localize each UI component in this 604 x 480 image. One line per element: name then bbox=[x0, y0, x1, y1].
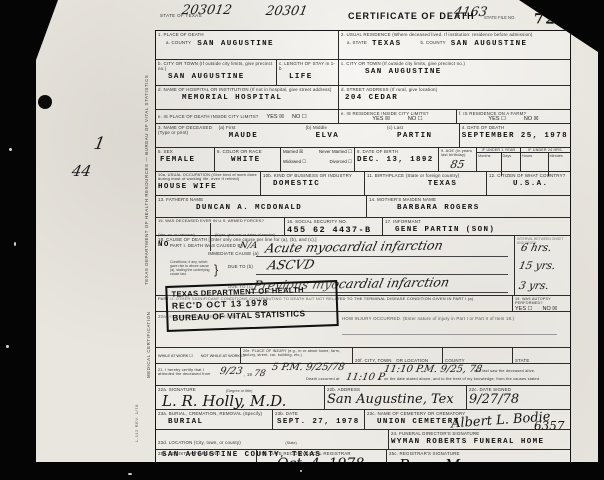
registrar-file-no-label: 25a. REGISTRAR'S FILE NO. bbox=[158, 451, 254, 456]
death-city-value: SAN AUGUSTINE bbox=[168, 73, 274, 81]
mother-name-cell: 14. MOTHER'S MAIDEN NAME BARBARA ROGERS bbox=[366, 196, 570, 217]
certify-to-datetime: 5 P.M. 9/25/78 bbox=[271, 362, 346, 373]
father-name-label: 13. FATHER'S NAME bbox=[158, 197, 364, 202]
citizen-label: 12. CITIZEN OF WHAT COUNTRY? bbox=[489, 173, 568, 178]
if-under-24-hrs-cell: IF UNDER 24 HRS. Hours Minutes bbox=[520, 148, 570, 171]
injury-state-cell: STATE bbox=[512, 348, 570, 363]
race-cell: 6. COLOR OR RACE WHITE bbox=[214, 148, 280, 171]
marital-never: Never Married ☐ bbox=[319, 149, 352, 155]
occupation-label: 10a. USUAL OCCUPATION (Give kind of work… bbox=[158, 173, 258, 182]
row-6: 5. SEX FEMALE 6. COLOR OR RACE WHITE Mar… bbox=[156, 147, 570, 171]
length-of-stay-label: c. LENGTH OF STAY in 1-b bbox=[279, 61, 336, 71]
street-address-value: 204 CEDAR bbox=[345, 94, 568, 102]
age-value: 85 bbox=[440, 158, 475, 171]
if-under-1-year-cell: IF UNDER 1 YEAR Months Days bbox=[476, 148, 520, 171]
physician-signature-value: L. R. Holly, M.D. bbox=[162, 392, 322, 410]
handwritten-number-2: 20301 bbox=[265, 4, 309, 19]
state-file-no-label: STATE FILE NO. bbox=[484, 15, 516, 20]
occupation-value: HOUSE WIFE bbox=[158, 183, 258, 191]
punch-hole bbox=[38, 95, 52, 109]
margin-handwritten-mark-2: 44 bbox=[70, 162, 92, 180]
burial-date-cell: 23b. DATE SEPT. 27, 1978 bbox=[272, 410, 364, 429]
registrar-date-cell: 25b. DATE REC'D BY LOCAL REGISTRAR Oct. … bbox=[256, 450, 386, 467]
age-cell: 9. AGE (In years last birthday) 85 bbox=[438, 148, 476, 171]
registrar-signature-cell: 25c. REGISTRAR'S SIGNATURE Perry Murray bbox=[386, 450, 570, 467]
certify-text-2: and last saw the deceased alive. bbox=[474, 369, 544, 373]
date-of-birth-value: DEC. 13, 1892 bbox=[357, 156, 436, 164]
death-city-cell: b. CITY OR TOWN (If outside city limits,… bbox=[156, 60, 276, 85]
margin-medical-certification-text: MEDICAL CERTIFICATION bbox=[146, 288, 151, 378]
row-18-registrar: 25a. REGISTRAR'S FILE NO. 25b. DATE REC'… bbox=[156, 449, 570, 467]
autopsy-cell: 19. WAS AUTOPSY PERFORMED? YES ☐ NO ☒ bbox=[512, 296, 570, 311]
row-3: d. NAME OF HOSPITAL OR INSTITUTION (If n… bbox=[156, 85, 570, 109]
industry-value: DOMESTIC bbox=[273, 180, 362, 188]
row-8: 13. FATHER'S NAME DUNCAN A. MCDONALD 14.… bbox=[156, 195, 570, 217]
length-of-stay-value: LIFE bbox=[289, 73, 336, 81]
funeral-director-license-number: 6357 bbox=[534, 419, 565, 433]
residence-inside-city-no: NO ☐ bbox=[408, 116, 423, 122]
certification-cell: 21. I hereby certify that I attended the… bbox=[156, 364, 570, 385]
race-value: WHITE bbox=[231, 156, 278, 164]
marital-divorced: Divorced ☐ bbox=[330, 159, 352, 165]
ssn-label: 16. SOCIAL SECURITY NO. bbox=[287, 219, 380, 224]
sex-label: 5. SEX bbox=[158, 149, 212, 154]
death-inside-city-cell: e. IS PLACE OF DEATH INSIDE CITY LIMITS?… bbox=[156, 110, 338, 123]
last-name-value: PARTIN bbox=[397, 132, 457, 140]
death-inside-city-label: e. IS PLACE OF DEATH INSIDE CITY LIMITS? bbox=[158, 114, 259, 119]
certificate-form: 1. PLACE OF DEATH a. COUNTY SAN AUGUSTIN… bbox=[155, 30, 571, 468]
marital-status-cell: Married ☒Never Married ☐ Widowed ☐Divorc… bbox=[280, 148, 354, 171]
county-value: SAN AUGUSTINE bbox=[197, 40, 274, 48]
informant-label: 17. INFORMANT bbox=[385, 219, 568, 224]
residence-state-value: TEXAS bbox=[372, 40, 402, 48]
row-4: e. IS PLACE OF DEATH INSIDE CITY LIMITS?… bbox=[156, 109, 570, 123]
death-inside-city-no: NO ☐ bbox=[292, 114, 307, 120]
state-file-number-stamp: 72377 bbox=[534, 11, 591, 28]
industry-label: 10b. KIND OF BUSINESS OR INDUSTRY bbox=[263, 173, 362, 178]
row-2: b. CITY OR TOWN (If outside city limits,… bbox=[156, 59, 570, 85]
birthplace-cell: 11. BIRTHPLACE (State or foreign country… bbox=[364, 172, 486, 195]
street-address-cell: d. STREET ADDRESS (If rural, give locati… bbox=[338, 86, 570, 109]
hospital-value: MEMORIAL HOSPITAL bbox=[182, 94, 336, 102]
funeral-home-value: WYMAN ROBERTS FUNERAL HOME bbox=[391, 438, 568, 446]
residence-city-cell: c. CITY OR TOWN (If outside city limits,… bbox=[338, 60, 570, 85]
citizen-value: U.S.A. bbox=[513, 180, 568, 188]
cause-a-value: Acute myocardial infarction bbox=[264, 237, 445, 255]
row-1: 1. PLACE OF DEATH a. COUNTY SAN AUGUSTIN… bbox=[156, 31, 570, 59]
date-signed-cell: 22c. DATE SIGNED 9/27/78 bbox=[466, 386, 570, 409]
death-inside-city-yes: YES ☒ bbox=[267, 114, 284, 120]
margin-agency-text: TEXAS DEPARTMENT OF HEALTH RESOURCES — B… bbox=[144, 60, 149, 285]
name-of-deceased-label: 3. NAME OF DECEASED (Type or print) bbox=[158, 125, 215, 135]
industry-cell: 10b. KIND OF BUSINESS OR INDUSTRY DOMEST… bbox=[260, 172, 364, 195]
first-name-value: MAUDE bbox=[229, 132, 302, 140]
middle-name-value: ELVA bbox=[316, 132, 383, 140]
residence-county-value: SAN AUGUSTINE bbox=[451, 40, 528, 48]
race-label: 6. COLOR OR RACE bbox=[217, 149, 278, 154]
sex-value: FEMALE bbox=[160, 156, 212, 164]
immediate-cause-label: IMMEDIATE CAUSE (a) bbox=[208, 251, 259, 256]
last-name-cell: (c) Last PARTIN bbox=[385, 124, 459, 147]
burial-location-label: 23d. LOCATION (City, town, or county) bbox=[158, 440, 241, 445]
burial-location-cell: 23d. LOCATION (City, town, or county) (S… bbox=[156, 430, 388, 449]
citizen-cell: 12. CITIZEN OF WHAT COUNTRY? U.S.A. bbox=[486, 172, 570, 195]
first-name-cell: (a) First MAUDE bbox=[217, 124, 304, 147]
residence-state-label: a. STATE bbox=[347, 40, 367, 48]
residence-inside-city-yes: YES ☒ bbox=[372, 116, 389, 122]
degree-or-title-label: (Degree or title) bbox=[226, 389, 252, 393]
autopsy-label: 19. WAS AUTOPSY PERFORMED? bbox=[515, 297, 568, 306]
row-15-signature: 22a. SIGNATURE L. R. Holly, M.D. (Degree… bbox=[156, 385, 570, 409]
certify-from-date: 9/23 bbox=[219, 366, 243, 377]
physician-address-value: San Augustine, Tex bbox=[327, 392, 464, 407]
residence-farm-no: NO ☒ bbox=[524, 116, 539, 122]
scan-speck bbox=[14, 242, 16, 246]
row-17-location: 23d. LOCATION (City, town, or county) (S… bbox=[156, 429, 570, 449]
received-stamp: TEXAS DEPARTMENT OF HEALTH REC'D OCT 13 … bbox=[165, 280, 339, 332]
handwritten-number-1: 203012 bbox=[181, 3, 233, 18]
ssn-value: 455 62 4437-B bbox=[287, 225, 380, 235]
certify-year-frag: , 19 bbox=[244, 372, 252, 377]
burial-location-state-sub: (State) bbox=[285, 441, 296, 445]
while-at-work-checkbox: WHILE AT WORK ☐ bbox=[158, 353, 193, 358]
date-signed-value: 9/27/78 bbox=[469, 392, 568, 407]
physician-signature-cell: 22a. SIGNATURE L. R. Holly, M.D. (Degree… bbox=[156, 386, 324, 409]
place-of-death-county-cell: 1. PLACE OF DEATH a. COUNTY SAN AUGUSTIN… bbox=[156, 31, 338, 59]
occupation-cell: 10a. USUAL OCCUPATION (Give kind of work… bbox=[156, 172, 260, 195]
hospital-label: d. NAME OF HOSPITAL OR INSTITUTION (If n… bbox=[158, 87, 336, 92]
middle-name-cell: (b) Middle ELVA bbox=[304, 124, 385, 147]
birthplace-label: 11. BIRTHPLACE (State or foreign country… bbox=[367, 173, 484, 178]
conditions-brace: } bbox=[214, 262, 218, 277]
street-address-label: d. STREET ADDRESS (If rural, give locati… bbox=[341, 87, 568, 92]
interval-c-value: 3 yrs. bbox=[518, 280, 550, 292]
margin-form-code: L-112 REV. 1/78 bbox=[134, 382, 139, 442]
place-of-injury-label: 20e. PLACE OF INJURY (e.g., in or about … bbox=[243, 349, 350, 357]
while-at-work-cell: WHILE AT WORK ☐ NOT WHILE AT WORK ☐ bbox=[156, 348, 240, 363]
residence-inside-city-cell: e. IS RESIDENCE INSIDE CITY LIMITS? YES … bbox=[338, 110, 456, 123]
row-7: 10a. USUAL OCCUPATION (Give kind of work… bbox=[156, 171, 570, 195]
row-5: 3. NAME OF DECEASED (Type or print) (a) … bbox=[156, 123, 570, 147]
middle-name-label: (b) Middle bbox=[306, 125, 383, 130]
conditions-note: Conditions, if any, which gave rise to a… bbox=[170, 260, 212, 276]
father-name-cell: 13. FATHER'S NAME DUNCAN A. MCDONALD bbox=[156, 196, 366, 217]
armed-forces-cell: 15. WAS DECEASED EVER IN U.S. ARMED FORC… bbox=[156, 218, 284, 235]
burial-label: 23a. BURIAL, CREMATION, REMOVAL (Specify… bbox=[158, 411, 270, 416]
physician-address-cell: 22b. ADDRESS San Augustine, Tex bbox=[324, 386, 466, 409]
informant-cell: 17. INFORMANT GENE PARTIN (SON) bbox=[382, 218, 570, 235]
injury-county-cell: COUNTY bbox=[442, 348, 512, 363]
date-of-birth-cell: 8. DATE OF BIRTH DEC. 13, 1892 bbox=[354, 148, 438, 171]
place-of-death-label: 1. PLACE OF DEATH bbox=[158, 32, 336, 37]
date-of-birth-label: 8. DATE OF BIRTH bbox=[357, 149, 436, 154]
interval-column: INTERVAL BETWEEN ONSET AND DEATH 6 hrs. … bbox=[514, 236, 570, 295]
certify-last-alive-datetime: 11:10 P.M. 9/25, 78 bbox=[383, 364, 483, 375]
father-name-value: DUNCAN A. MCDONALD bbox=[196, 204, 364, 212]
row-14-certification: 21. I hereby certify that I attended the… bbox=[156, 363, 570, 385]
burial-date-label: 23b. DATE bbox=[275, 411, 362, 416]
county-label: a. COUNTY bbox=[166, 40, 191, 48]
residence-city-label: c. CITY OR TOWN (If outside city limits,… bbox=[341, 61, 568, 66]
name-of-deceased-cell: 3. NAME OF DECEASED (Type or print) bbox=[156, 124, 217, 147]
mother-name-label: 14. MOTHER'S MAIDEN NAME bbox=[369, 197, 568, 202]
part1-label: PART I. DEATH WAS CAUSED BY: bbox=[170, 243, 245, 248]
birthplace-value: TEXAS bbox=[401, 180, 484, 188]
not-while-at-work-checkbox: NOT WHILE AT WORK ☐ bbox=[201, 353, 245, 358]
length-of-stay-cell: c. LENGTH OF STAY in 1-b LIFE bbox=[276, 60, 338, 85]
informant-value: GENE PARTIN (SON) bbox=[395, 226, 568, 234]
marital-married: Married ☒ bbox=[283, 149, 303, 155]
certify-year-value: 78 bbox=[253, 369, 266, 379]
cause-b-value: ASCVD bbox=[266, 257, 316, 273]
last-name-label: (c) Last bbox=[387, 125, 457, 130]
place-of-injury-cell: 20e. PLACE OF INJURY (e.g., in or about … bbox=[240, 348, 352, 363]
scan-background: { "header": { "state_label": "STATE OF T… bbox=[0, 0, 604, 480]
certify-text-3: m. on the date stated above, and to the … bbox=[378, 377, 548, 381]
certify-text-1: 21. I hereby certify that I attended the… bbox=[158, 368, 218, 377]
burial-cell: 23a. BURIAL, CREMATION, REMOVAL (Specify… bbox=[156, 410, 272, 429]
how-injury-occurred-label: HOW INJURY OCCURRED. (Enter nature of in… bbox=[342, 316, 552, 321]
residence-farm-cell: f. IS RESIDENCE ON A FARM? YES ☐ NO ☒ bbox=[456, 110, 570, 123]
usual-residence-cell: 2. USUAL RESIDENCE (Where deceased lived… bbox=[338, 31, 570, 59]
row-13: WHILE AT WORK ☐ NOT WHILE AT WORK ☐ 20e.… bbox=[156, 347, 570, 363]
ssn-cell: 16. SOCIAL SECURITY NO. 455 62 4437-B bbox=[284, 218, 382, 235]
margin-handwritten-mark-1: 1 bbox=[92, 134, 106, 154]
scan-speck bbox=[6, 345, 9, 348]
residence-farm-yes: YES ☐ bbox=[488, 116, 505, 122]
stamp-line-3: BUREAU OF VITAL STATISTICS bbox=[172, 308, 332, 323]
registrar-file-no-cell: 25a. REGISTRAR'S FILE NO. bbox=[156, 450, 256, 467]
burial-date-value: SEPT. 27, 1978 bbox=[277, 418, 362, 426]
registrar-date-value: Oct. 4, 1978 bbox=[277, 456, 384, 472]
first-name-label: (a) First bbox=[219, 125, 302, 130]
date-of-death-value: SEPTEMBER 25, 1978 bbox=[462, 132, 568, 140]
residence-county-label: b. COUNTY bbox=[421, 40, 446, 48]
row-9: 15. WAS DECEASED EVER IN U.S. ARMED FORC… bbox=[156, 217, 570, 235]
mother-name-value: BARBARA ROGERS bbox=[397, 204, 568, 212]
interval-a-value: 6 hrs. bbox=[520, 242, 553, 254]
registrar-signature-value: Perry Murray bbox=[399, 456, 568, 474]
sex-cell: 5. SEX FEMALE bbox=[156, 148, 214, 171]
due-to-b-label: DUE TO (b) bbox=[228, 264, 253, 269]
hospital-cell: d. NAME OF HOSPITAL OR INSTITUTION (If n… bbox=[156, 86, 338, 109]
age-label: 9. AGE (In years last birthday) bbox=[441, 149, 474, 158]
death-city-label: b. CITY OR TOWN (If outside city limits,… bbox=[158, 61, 274, 71]
interval-b-value: 15 yrs. bbox=[518, 260, 557, 272]
scan-speck bbox=[9, 148, 12, 151]
marital-widowed: Widowed ☐ bbox=[283, 159, 306, 165]
burial-value: BURIAL bbox=[168, 418, 270, 426]
injury-city-cell: 20f. CITY, TOWN OR LOCATION bbox=[352, 348, 442, 363]
residence-city-value: SAN AUGUSTINE bbox=[365, 68, 568, 76]
date-of-death-cell: 4. DATE OF DEATH SEPTEMBER 25, 1978 bbox=[459, 124, 570, 147]
usual-residence-label: 2. USUAL RESIDENCE (Where deceased lived… bbox=[341, 32, 568, 37]
death-certificate-page: STATE OF TEXAS 203012 20301 CERTIFICATE … bbox=[36, 0, 598, 462]
death-occurred-frag: Death occurred at bbox=[306, 377, 340, 381]
scan-speck bbox=[128, 473, 132, 475]
date-of-death-label: 4. DATE OF DEATH bbox=[462, 125, 568, 130]
scan-speck bbox=[300, 470, 302, 472]
